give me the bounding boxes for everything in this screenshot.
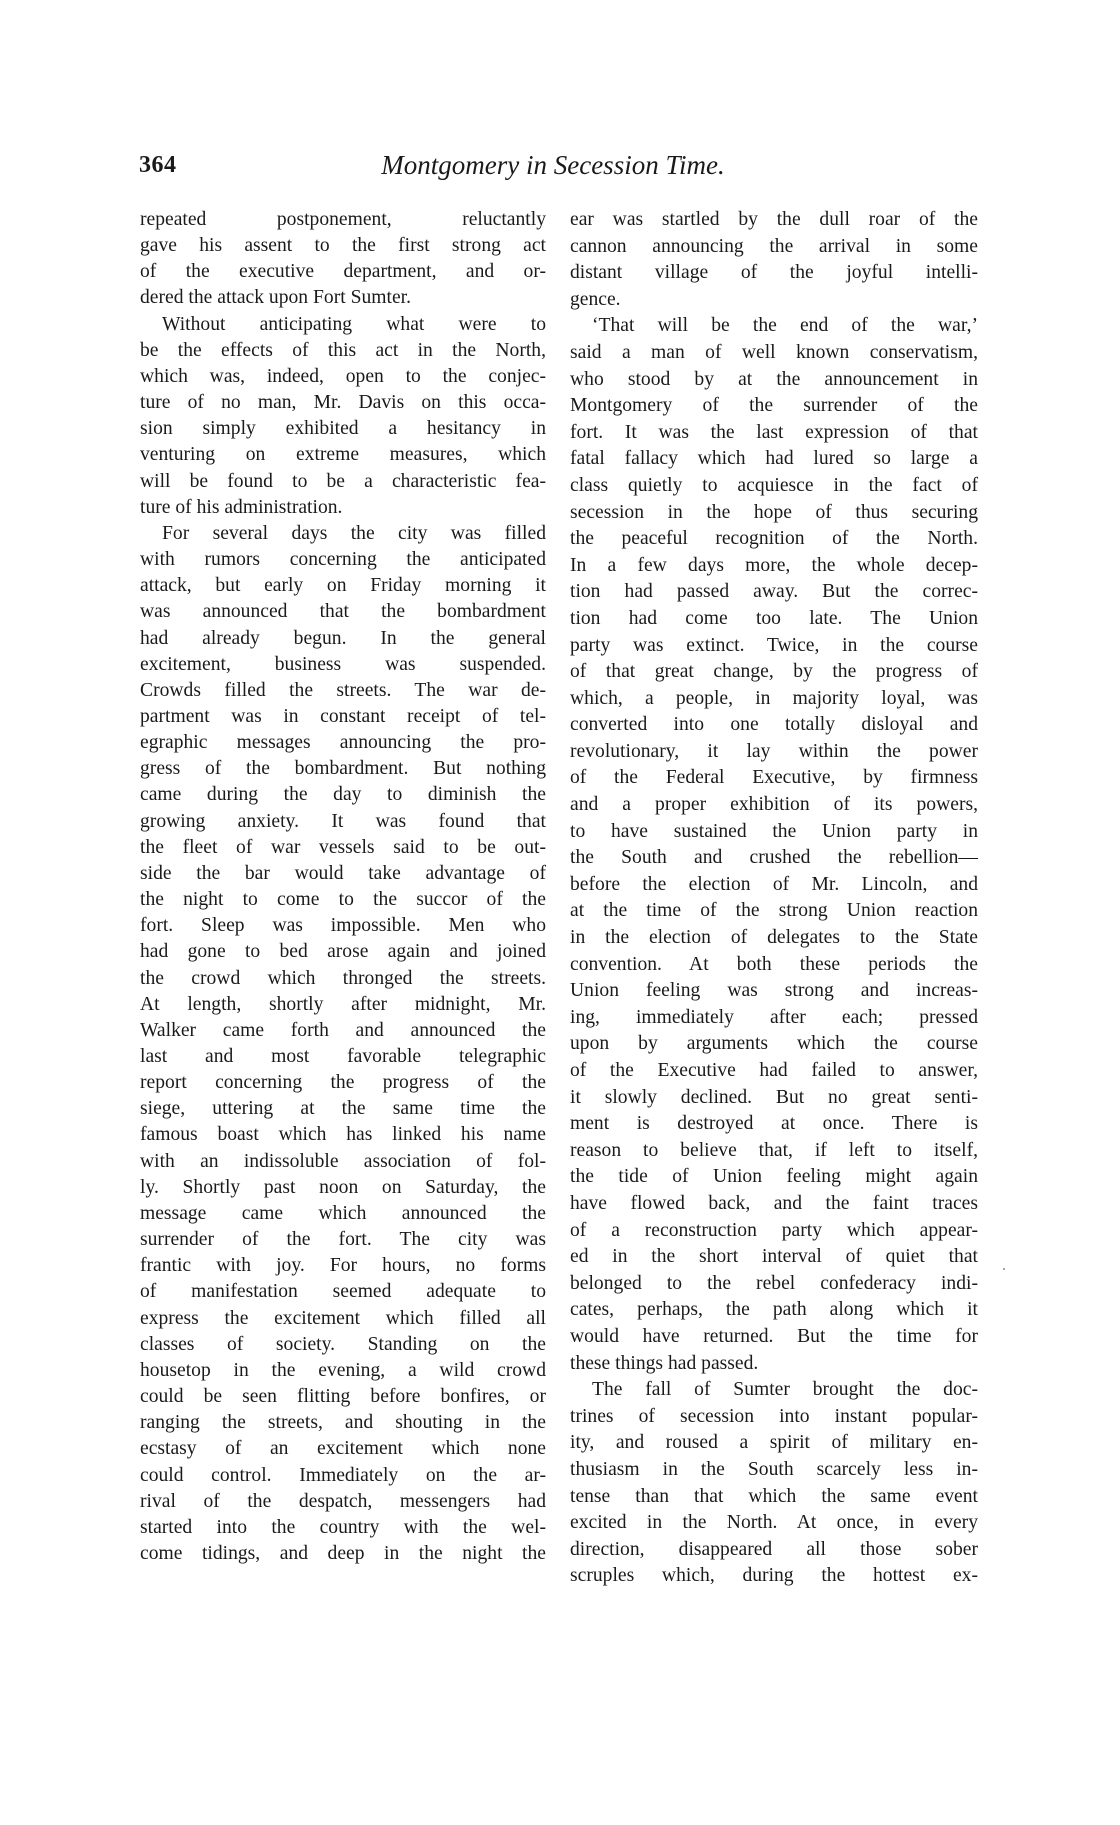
text-line: side the bar would take advantage of [140,861,546,887]
text-line: to have sustained the Union party in [570,819,978,846]
text-line: growing anxiety. It was found that [140,809,546,835]
text-line: of a reconstruction party which appear- [570,1218,978,1245]
text-line: of that great change, by the progress of [570,659,978,686]
text-line: could be seen flitting before bonfires, … [140,1384,546,1410]
text-line: express the excitement which filled all [140,1306,546,1332]
text-line: At length, shortly after midnight, Mr. [140,992,546,1018]
text-line: who stood by at the announcement in [570,367,978,394]
text-column-left: repeated postponement, reluctantlygave h… [140,207,546,1567]
text-line: housetop in the evening, a wild crowd [140,1358,546,1384]
text-line: cannon announcing the arrival in some [570,234,978,261]
text-line: Montgomery of the surrender of the [570,393,978,420]
text-line: The fall of Sumter brought the doc- [570,1377,978,1404]
scan-speck [1003,1268,1005,1270]
paragraph: For several days the city was filledwith… [140,521,546,1567]
text-line: direction, disappeared all those sober [570,1537,978,1564]
text-line: partment was in constant receipt of tel- [140,704,546,730]
text-line: fort. It was the last expression of that [570,420,978,447]
text-line: the fleet of war vessels said to be out- [140,835,546,861]
text-line: convention. At both these periods the [570,952,978,979]
text-line: before the election of Mr. Lincoln, and [570,872,978,899]
text-line: converted into one totally disloyal and [570,712,978,739]
text-line: started into the country with the wel- [140,1515,546,1541]
text-line: egraphic messages announcing the pro- [140,730,546,756]
text-line: excited in the North. At once, in every [570,1510,978,1537]
text-line: tense than that which the same event [570,1484,978,1511]
text-line: in the election of delegates to the Stat… [570,925,978,952]
text-line: ed in the short interval of quiet that [570,1244,978,1271]
text-line: tion had come too late. The Union [570,606,978,633]
text-line: had gone to bed arose again and joined [140,939,546,965]
text-line: In a few days more, the whole decep- [570,553,978,580]
text-line: reason to believe that, if left to itsel… [570,1138,978,1165]
text-line: ‘That will be the end of the war,’ [570,313,978,340]
text-line: would have returned. But the time for [570,1324,978,1351]
text-line: will be found to be a characteristic fea… [140,469,546,495]
text-line: ity, and roused a spirit of military en- [570,1430,978,1457]
text-line: of manifestation seemed adequate to [140,1279,546,1305]
text-line: siege, uttering at the same time the [140,1096,546,1122]
text-line: Union feeling was strong and increas- [570,978,978,1005]
paragraph: The fall of Sumter brought the doc-trine… [570,1377,978,1590]
text-line: belonged to the rebel confederacy indi- [570,1271,978,1298]
text-line: fatal fallacy which had lured so large a [570,446,978,473]
text-line: gave his assent to the first strong act [140,233,546,259]
text-line: ture of no man, Mr. Davis on this occa- [140,390,546,416]
text-line: repeated postponement, reluctantly [140,207,546,233]
text-line: venturing on extreme measures, which [140,442,546,468]
text-line: class quietly to acquiesce in the fact o… [570,473,978,500]
text-line: famous boast which has linked his name [140,1122,546,1148]
paragraph: Without anticipating what were tobe the … [140,312,546,521]
text-line: ly. Shortly past noon on Saturday, the [140,1175,546,1201]
text-line: revolutionary, it lay within the power [570,739,978,766]
running-title: Montgomery in Secession Time. [348,150,758,180]
text-line: party was extinct. Twice, in the course [570,633,978,660]
text-line: message came which announced the [140,1201,546,1227]
text-line: the peaceful recognition of the North. [570,526,978,553]
text-line: tion had passed away. But the correc- [570,579,978,606]
text-line: ranging the streets, and shouting in the [140,1410,546,1436]
paragraph: ‘That will be the end of the war,’said a… [570,313,978,1377]
text-line: gence. [570,287,978,314]
text-line: surrender of the fort. The city was [140,1227,546,1253]
text-line: classes of society. Standing on the [140,1332,546,1358]
text-line: gress of the bombardment. But nothing [140,756,546,782]
text-line: scruples which, during the hottest ex- [570,1563,978,1590]
paragraph: repeated postponement, reluctantlygave h… [140,207,546,312]
text-line: attack, but early on Friday morning it [140,573,546,599]
text-line: and a proper exhibition of its powers, [570,792,978,819]
text-line: it slowly declined. But no great senti- [570,1085,978,1112]
text-line: with rumors concerning the anticipated [140,547,546,573]
text-line: the South and crushed the rebellion— [570,845,978,872]
text-line: secession in the hope of thus securing [570,500,978,527]
text-line: was announced that the bombardment [140,599,546,625]
text-line: Without anticipating what were to [140,312,546,338]
text-line: came during the day to diminish the [140,782,546,808]
page-number: 364 [139,150,177,180]
text-line: Walker came forth and announced the [140,1018,546,1044]
text-line: ing, immediately after each; pressed [570,1005,978,1032]
text-line: had already begun. In the general [140,626,546,652]
text-line: could control. Immediately on the ar- [140,1463,546,1489]
paragraph: ear was startled by the dull roar of the… [570,207,978,313]
text-line: For several days the city was filled [140,521,546,547]
text-line: frantic with joy. For hours, no forms [140,1253,546,1279]
text-line: upon by arguments which the course [570,1031,978,1058]
text-line: sion simply exhibited a hesitancy in [140,416,546,442]
text-line: report concerning the progress of the [140,1070,546,1096]
text-line: ture of his administration. [140,495,546,521]
text-column-right: ear was startled by the dull roar of the… [570,207,978,1590]
text-line: distant village of the joyful intelli- [570,260,978,287]
text-line: these things had passed. [570,1351,978,1378]
text-line: be the effects of this act in the North, [140,338,546,364]
text-line: cates, perhaps, the path along which it [570,1297,978,1324]
scan-speck [870,1443,872,1445]
text-line: excitement, business was suspended. [140,652,546,678]
text-line: the crowd which thronged the streets. [140,966,546,992]
text-line: Crowds filled the streets. The war de- [140,678,546,704]
text-line: said a man of well known conservatism, [570,340,978,367]
text-line: of the Federal Executive, by firmness [570,765,978,792]
text-line: ear was startled by the dull roar of the [570,207,978,234]
text-line: rival of the despatch, messengers had [140,1489,546,1515]
text-line: which was, indeed, open to the conjec- [140,364,546,390]
text-line: ecstasy of an excitement which none [140,1436,546,1462]
text-line: thusiasm in the South scarcely less in- [570,1457,978,1484]
page-header: 364 Montgomery in Secession Time. [139,150,979,180]
text-line: of the Executive had failed to answer, [570,1058,978,1085]
text-line: the tide of Union feeling might again [570,1164,978,1191]
text-line: trines of secession into instant popular… [570,1404,978,1431]
text-line: ment is destroyed at once. There is [570,1111,978,1138]
text-line: have flowed back, and the faint traces [570,1191,978,1218]
text-line: fort. Sleep was impossible. Men who [140,913,546,939]
text-line: last and most favorable telegraphic [140,1044,546,1070]
text-line: with an indissoluble association of fol- [140,1149,546,1175]
text-line: of the executive department, and or- [140,259,546,285]
text-line: dered the attack upon Fort Sumter. [140,285,546,311]
text-line: which, a people, in majority loyal, was [570,686,978,713]
text-line: the night to come to the succor of the [140,887,546,913]
text-line: at the time of the strong Union reaction [570,898,978,925]
text-line: come tidings, and deep in the night the [140,1541,546,1567]
